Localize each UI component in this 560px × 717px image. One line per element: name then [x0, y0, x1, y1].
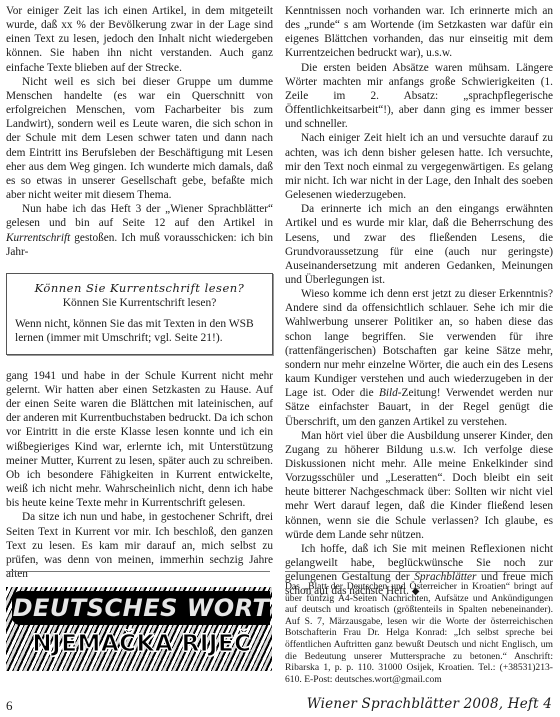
logo-title-croatian: NJEMAČKA RIJEČ — [14, 631, 270, 657]
deutsches-wort-logo: DEUTSCHES WORT NJEMAČKA RIJEČ — [6, 587, 272, 671]
paragraph: gang 1941 und habe in der Schule Kurrent… — [6, 369, 273, 511]
italic-term: Bild — [379, 387, 398, 399]
advertisement-notice: Das „Blatt der Deutschen und Österreiche… — [285, 581, 553, 685]
page-number: 6 — [6, 698, 13, 714]
article-right-column: Kenntnissen noch vorhanden war. Ich erin… — [285, 4, 553, 600]
italic-term: Kurrentschrift — [6, 232, 70, 244]
paragraph: Man hört viel über die Ausbildung unsere… — [285, 429, 553, 542]
paragraph: Nicht weil es sich bei dieser Gruppe um … — [6, 75, 273, 202]
paragraph: Kenntnissen noch vorhanden war. Ich erin… — [285, 4, 553, 61]
logo-banner: DEUTSCHES WORT — [12, 591, 270, 625]
paragraph: Die ersten beiden Absätze waren mühsam. … — [285, 61, 553, 132]
kurrent-script-heading: Können Sie Kurrentschrift lesen? — [15, 280, 264, 296]
callout-box: Können Sie Kurrentschrift lesen? Können … — [6, 273, 273, 355]
callout-body: Wenn nicht, können Sie das mit Texten in… — [15, 317, 264, 346]
callout-transcription: Können Sie Kurrentschrift lesen? — [15, 296, 264, 311]
divider — [285, 571, 553, 572]
article-left-column: Vor einiger Zeit las ich einen Artikel, … — [6, 4, 273, 581]
logo-title-german: DEUTSCHES WORT — [13, 594, 270, 622]
paragraph: Nach einiger Zeit hielt ich an und versu… — [285, 131, 553, 202]
divider — [6, 571, 270, 572]
running-footer-title: Wiener Sprachblätter 2008, Heft 4 — [307, 696, 552, 712]
paragraph: Vor einiger Zeit las ich einen Artikel, … — [6, 4, 273, 75]
paragraph: Wieso komme ich denn erst jetzt zu diese… — [285, 287, 553, 429]
paragraph: Da erinnerte ich mich an den eingangs er… — [285, 202, 553, 287]
paragraph: Nun habe ich das Heft 3 der „Wiener Spra… — [6, 202, 273, 259]
